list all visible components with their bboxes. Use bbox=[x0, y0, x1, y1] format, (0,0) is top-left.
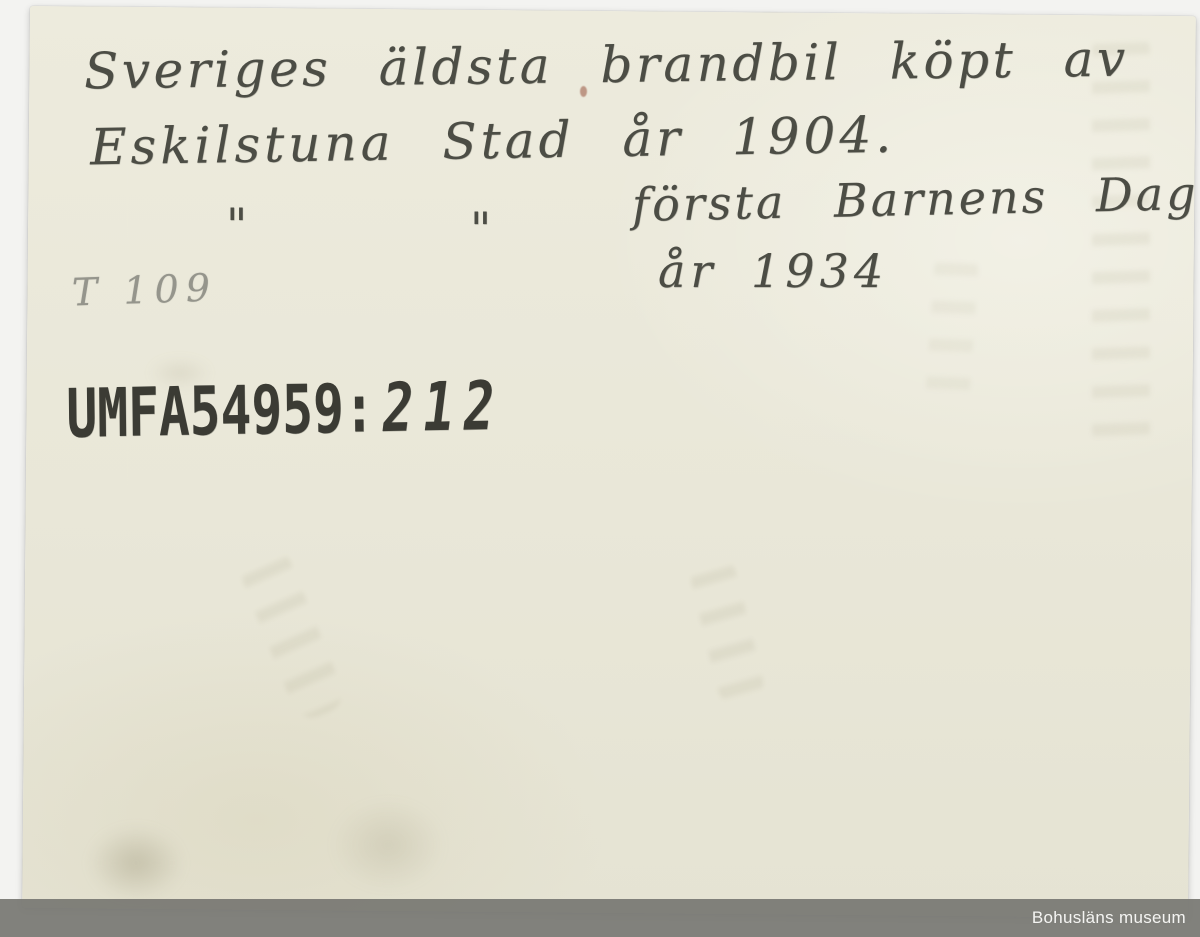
pencil-archive-number: T 109 bbox=[71, 265, 217, 314]
accession-number-stamp: UMFA54959:212 bbox=[66, 368, 504, 454]
ditto-mark-1: " bbox=[226, 198, 247, 252]
ditto-mark-2: " bbox=[470, 202, 491, 256]
scanned-photo-back: Sveriges äldsta brandbil köpt av Eskilst… bbox=[0, 0, 1200, 937]
handwritten-line-4: år 1934 bbox=[658, 244, 888, 298]
accession-number-suffix: 212 bbox=[378, 368, 509, 448]
watermark-bar: Bohusläns museum bbox=[0, 899, 1200, 937]
museum-watermark-label: Bohusläns museum bbox=[1032, 908, 1186, 928]
accession-number-prefix: UMFA54959: bbox=[66, 370, 375, 453]
